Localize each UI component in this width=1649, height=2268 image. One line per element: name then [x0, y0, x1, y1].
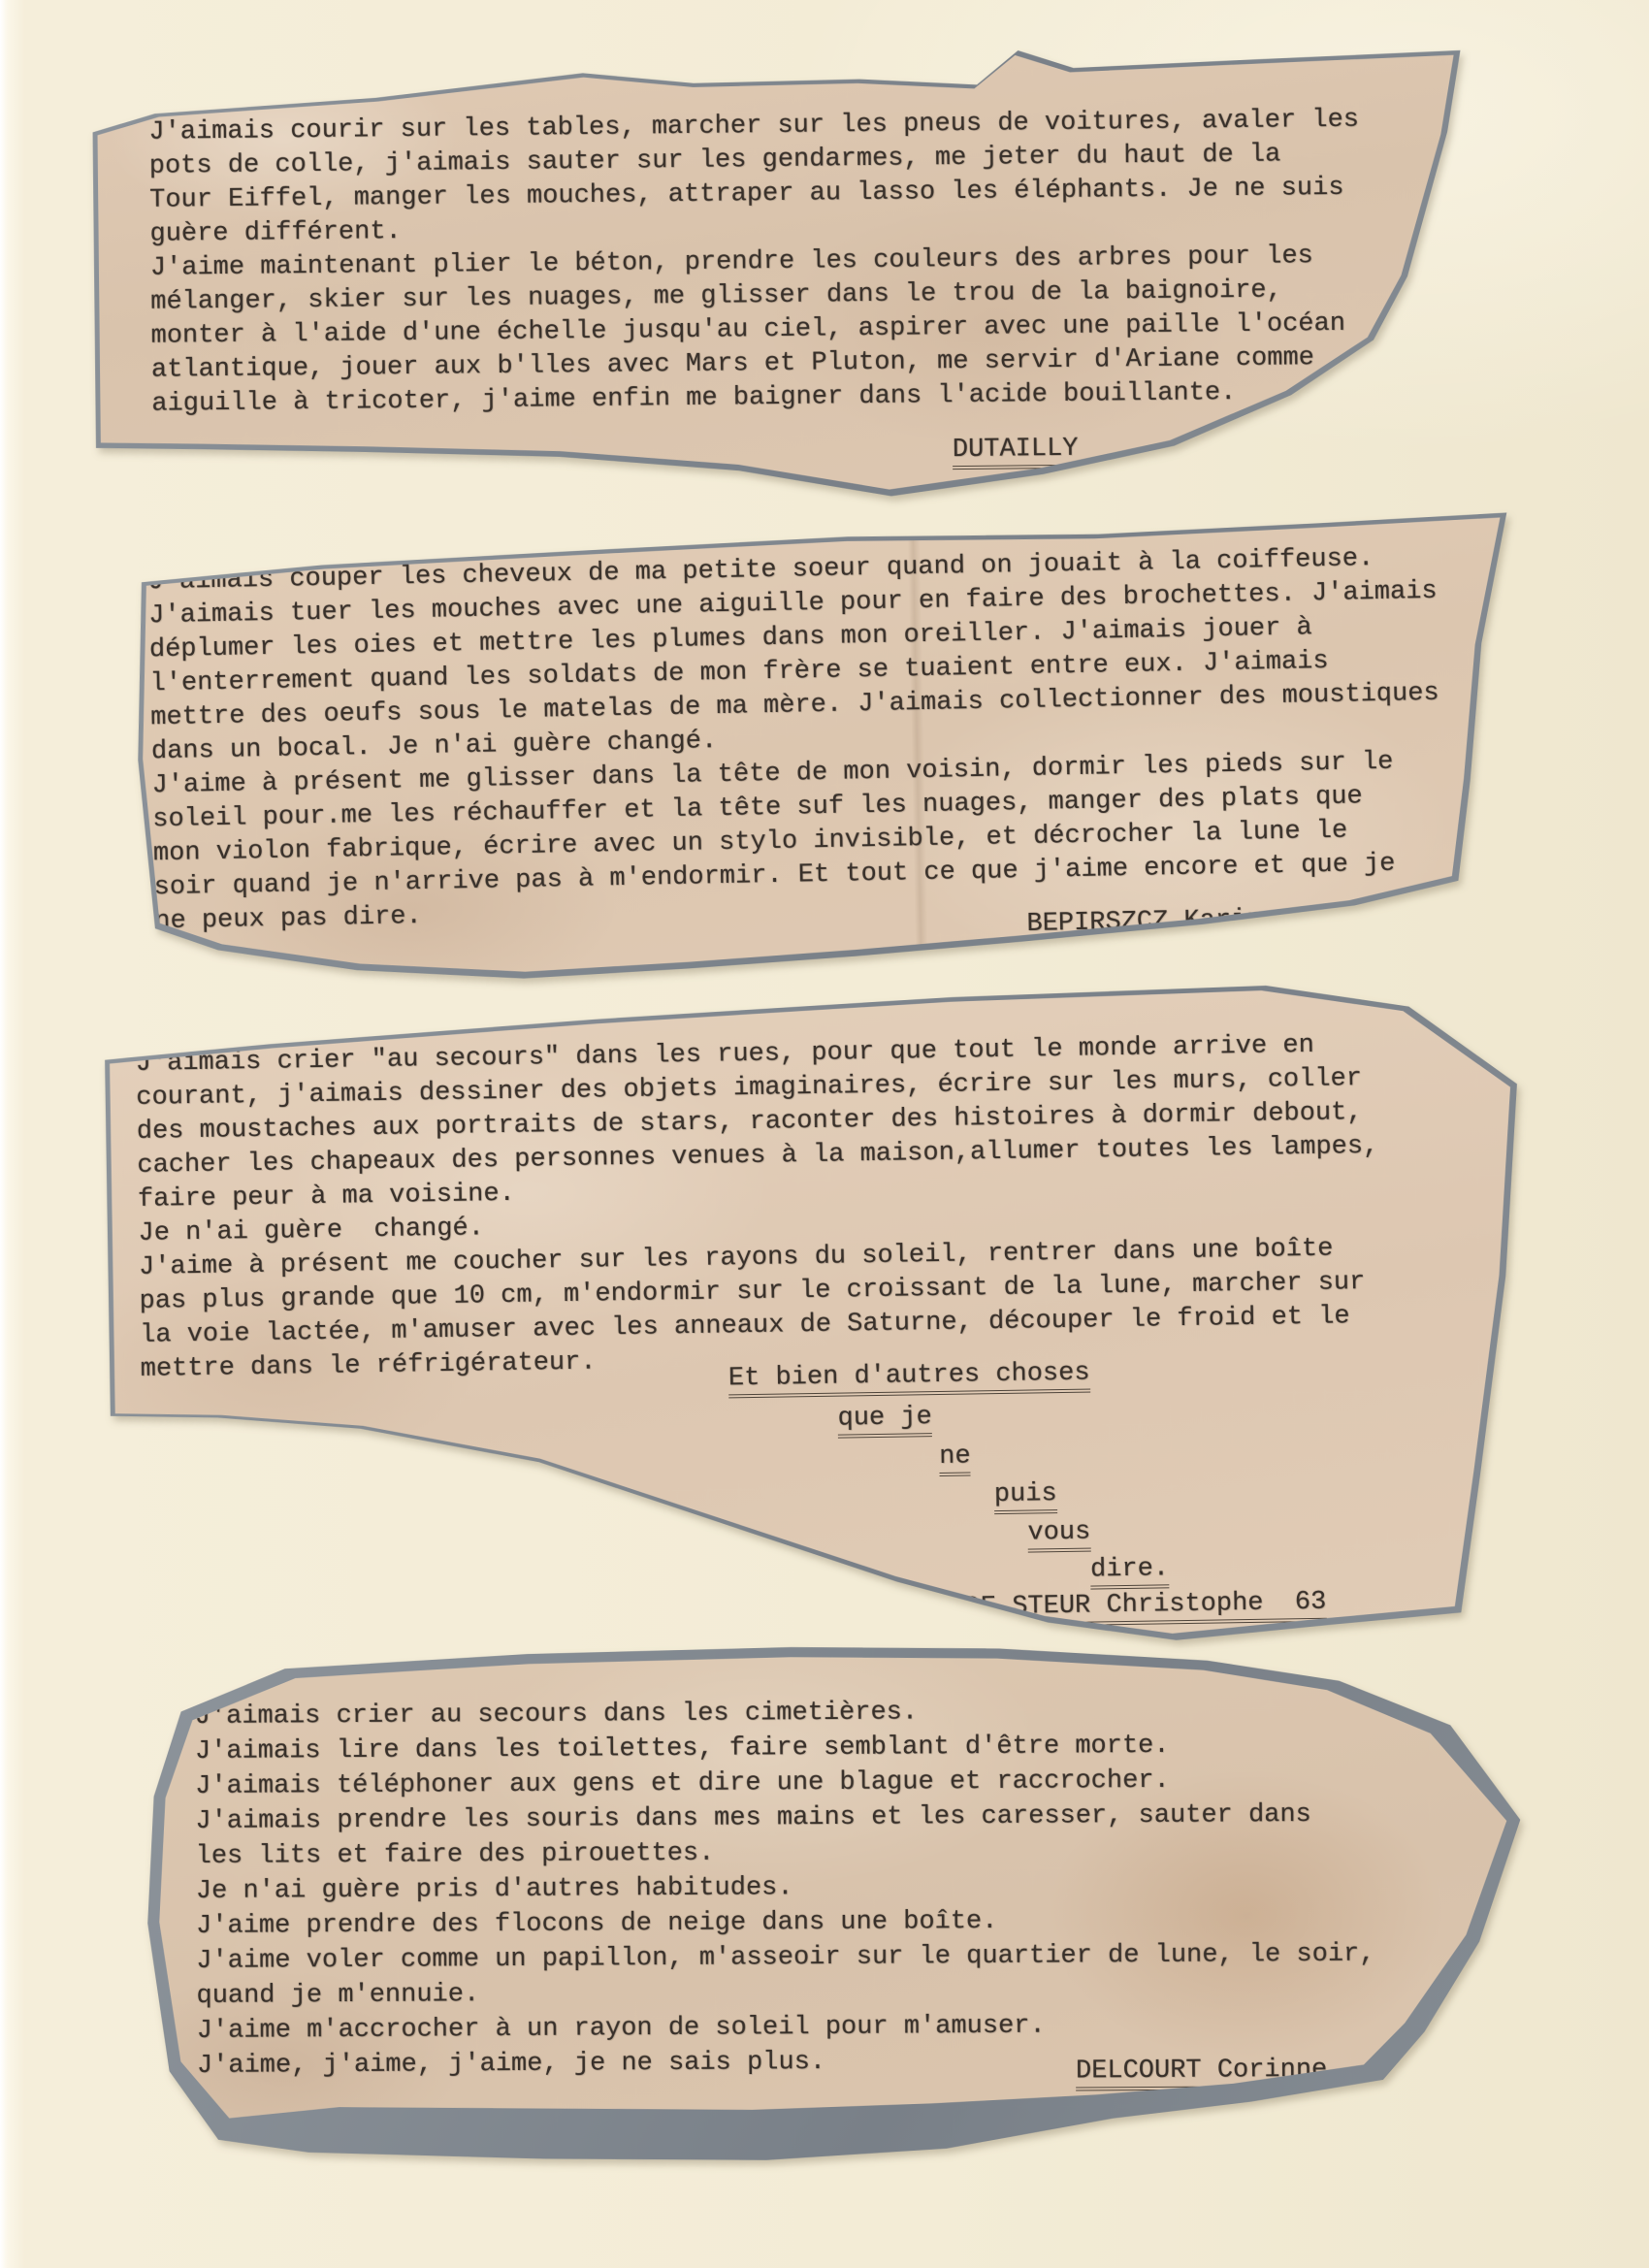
- clipping-text: J'aimais couper les cheveux de ma petite…: [132, 510, 1515, 939]
- stair-line: Et bien d'autres choses: [728, 1357, 1090, 1397]
- clipping-de-steur: J'aimais crier "au secours" dans les rue…: [97, 978, 1533, 1660]
- clipping-dutailly: J'aimais courir sur les tables, marcher …: [85, 42, 1472, 507]
- clipping-bepirszcz: J'aimais couper les cheveux de ma petite…: [127, 505, 1523, 988]
- stair-line: que je: [837, 1401, 932, 1437]
- scanned-page: J'aimais courir sur les tables, marcher …: [0, 0, 1649, 2268]
- stair-line: ne: [939, 1440, 971, 1474]
- signature-dutailly: DUTAILLY: [953, 433, 1079, 468]
- clipping-text: J'aimais courir sur les tables, marcher …: [90, 47, 1465, 423]
- clipping-delcourt: J'aimais crier au secours dans les cimet…: [139, 1640, 1529, 2178]
- stair-line: dire.: [1090, 1552, 1170, 1587]
- clipping-text: J'aimais crier au secours dans les cimet…: [144, 1645, 1522, 2085]
- stair-line: vous: [1027, 1516, 1090, 1551]
- clipping-paper: J'aimais crier au secours dans les cimet…: [144, 1645, 1522, 2171]
- signature-de-steur: DE STEUR Christophe 63: [964, 1586, 1326, 1626]
- clipping-paper: J'aimais courir sur les tables, marcher …: [90, 47, 1466, 501]
- stair-line: puis: [994, 1477, 1057, 1512]
